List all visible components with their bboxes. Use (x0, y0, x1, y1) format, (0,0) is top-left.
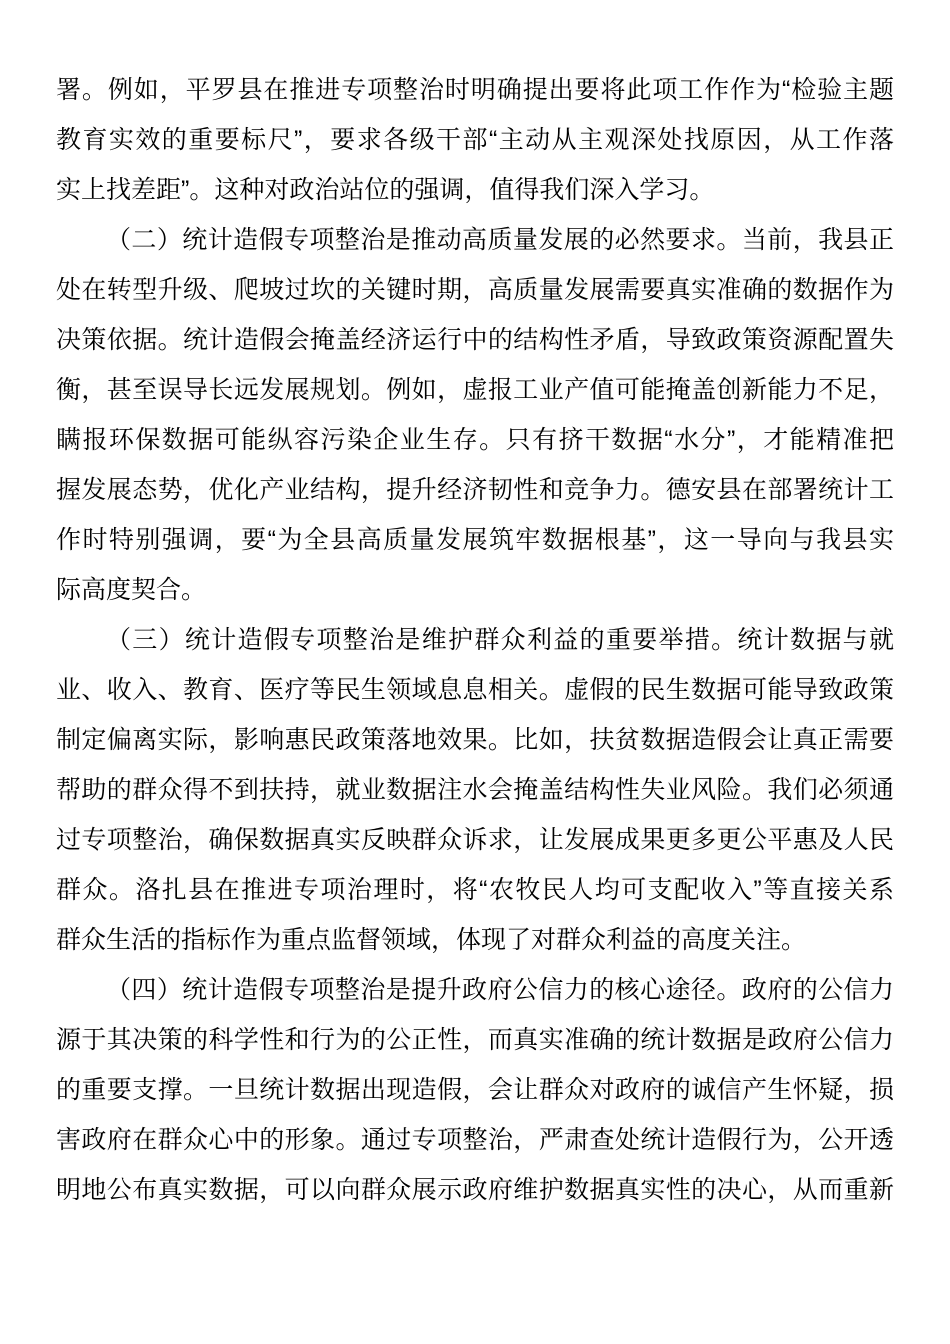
document-page: 署。例如，平罗县在推进专项整治时明确提出要将此项工作作为“检验主题 教育实效的重… (0, 0, 950, 1344)
text-line: 过专项整治，确保数据真实反映群众诉求，让发展成果更多更公平惠及人民 (56, 815, 894, 865)
text-line: 源于其决策的科学性和行为的公正性，而真实准确的统计数据是政府公信力 (56, 1015, 894, 1065)
text-line: 署。例如，平罗县在推进专项整治时明确提出要将此项工作作为“检验主题 (56, 65, 894, 115)
text-line: 实上找差距”。这种对政治站位的强调，值得我们深入学习。 (56, 165, 894, 215)
text-line: 群众。洛扎县在推进专项治理时，将“农牧民人均可支配收入”等直接关系 (56, 865, 894, 915)
text-line: 明地公布真实数据，可以向群众展示政府维护数据真实性的决心，从而重新 (56, 1165, 894, 1215)
text-line: （四）统计造假专项整治是提升政府公信力的核心途径。政府的公信力 (56, 965, 894, 1015)
text-line: 瞒报环保数据可能纵容污染企业生存。只有挤干数据“水分”，才能精准把 (56, 415, 894, 465)
paragraph: 署。例如，平罗县在推进专项整治时明确提出要将此项工作作为“检验主题 教育实效的重… (56, 65, 894, 215)
text-line: （二）统计造假专项整治是推动高质量发展的必然要求。当前，我县正 (56, 215, 894, 265)
paragraph: （二）统计造假专项整治是推动高质量发展的必然要求。当前，我县正 处在转型升级、爬… (56, 215, 894, 615)
text-line: 的重要支撑。一旦统计数据出现造假，会让群众对政府的诚信产生怀疑，损 (56, 1065, 894, 1115)
text-line: 群众生活的指标作为重点监督领域，体现了对群众利益的高度关注。 (56, 915, 894, 965)
text-line: 害政府在群众心中的形象。通过专项整治，严肃查处统计造假行为，公开透 (56, 1115, 894, 1165)
paragraph: （三）统计造假专项整治是维护群众利益的重要举措。统计数据与就 业、收入、教育、医… (56, 615, 894, 965)
text-line: 业、收入、教育、医疗等民生领域息息相关。虚假的民生数据可能导致政策 (56, 665, 894, 715)
text-line: 衡，甚至误导长远发展规划。例如，虚报工业产值可能掩盖创新能力不足， (56, 365, 894, 415)
text-line: 处在转型升级、爬坡过坎的关键时期，高质量发展需要真实准确的数据作为 (56, 265, 894, 315)
text-line: 决策依据。统计造假会掩盖经济运行中的结构性矛盾，导致政策资源配置失 (56, 315, 894, 365)
text-line: 握发展态势，优化产业结构，提升经济韧性和竞争力。德安县在部署统计工 (56, 465, 894, 515)
document-text: 署。例如，平罗县在推进专项整治时明确提出要将此项工作作为“检验主题 教育实效的重… (56, 65, 894, 1215)
text-line: 作时特别强调，要“为全县高质量发展筑牢数据根基”，这一导向与我县实 (56, 515, 894, 565)
text-line: 帮助的群众得不到扶持，就业数据注水会掩盖结构性失业风险。我们必须通 (56, 765, 894, 815)
text-line: 教育实效的重要标尺”，要求各级干部“主动从主观深处找原因，从工作落 (56, 115, 894, 165)
text-line: 际高度契合。 (56, 565, 894, 615)
text-line: （三）统计造假专项整治是维护群众利益的重要举措。统计数据与就 (56, 615, 894, 665)
text-line: 制定偏离实际，影响惠民政策落地效果。比如，扶贫数据造假会让真正需要 (56, 715, 894, 765)
paragraph: （四）统计造假专项整治是提升政府公信力的核心途径。政府的公信力 源于其决策的科学… (56, 965, 894, 1215)
